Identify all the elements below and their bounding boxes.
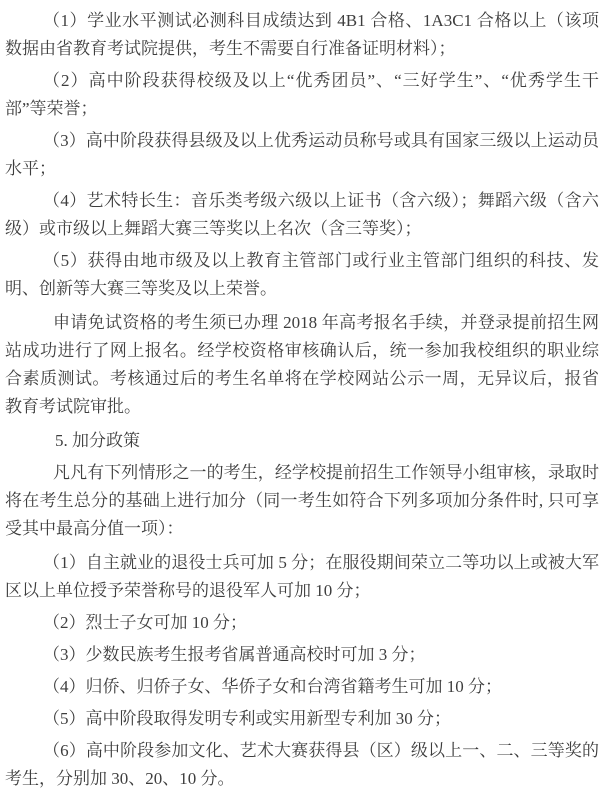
- exemption-condition-1: （1）学业水平测试必测科目成绩达到 4B1 合格、1A3C1 合格以上（该项数据…: [5, 7, 599, 63]
- exemption-condition-5: （5）获得由地市级及以上教育主管部门或行业主管部门组织的科技、发明、创新等大赛三…: [5, 247, 599, 303]
- exemption-procedure-paragraph: 申请免试资格的考生须已办理 2018 年高考报名手续，并登录提前招生网站成功进行…: [5, 309, 599, 421]
- bonus-item-6: （6）高中阶段参加文化、艺术大赛获得县（区）级以上一、二、三等奖的考生，分别加 …: [5, 737, 599, 793]
- bonus-item-5: （5）高中阶段取得发明专利或实用新型专利加 30 分；: [5, 705, 599, 733]
- exemption-condition-2: （2）高中阶段获得校级及以上“优秀团员”、“三好学生”、“优秀学生干部”等荣誉；: [5, 67, 599, 123]
- bonus-item-2: （2）烈士子女可加 10 分；: [5, 609, 599, 637]
- bonus-item-1: （1）自主就业的退役士兵可加 5 分；在服役期间荣立二等功以上或被大军区以上单位…: [5, 549, 599, 605]
- document-page: （1）学业水平测试必测科目成绩达到 4B1 合格、1A3C1 合格以上（该项数据…: [0, 0, 606, 800]
- bonus-policy-intro: 凡凡有下列情形之一的考生，经学校提前招生工作领导小组审核，录取时将在考生总分的基…: [5, 459, 599, 543]
- exemption-condition-3: （3）高中阶段获得县级及以上优秀运动员称号或具有国家三级以上运动员水平；: [5, 127, 599, 183]
- bonus-item-3: （3）少数民族考生报考省属普通高校时可加 3 分；: [5, 641, 599, 669]
- bonus-policy-heading: 5. 加分政策: [5, 427, 599, 455]
- bonus-item-4: （4）归侨、归侨子女、华侨子女和台湾省籍考生可加 10 分；: [5, 673, 599, 701]
- exemption-condition-4: （4）艺术特长生：音乐类考级六级以上证书（含六级）；舞蹈六级（含六级）或市级以上…: [5, 187, 599, 243]
